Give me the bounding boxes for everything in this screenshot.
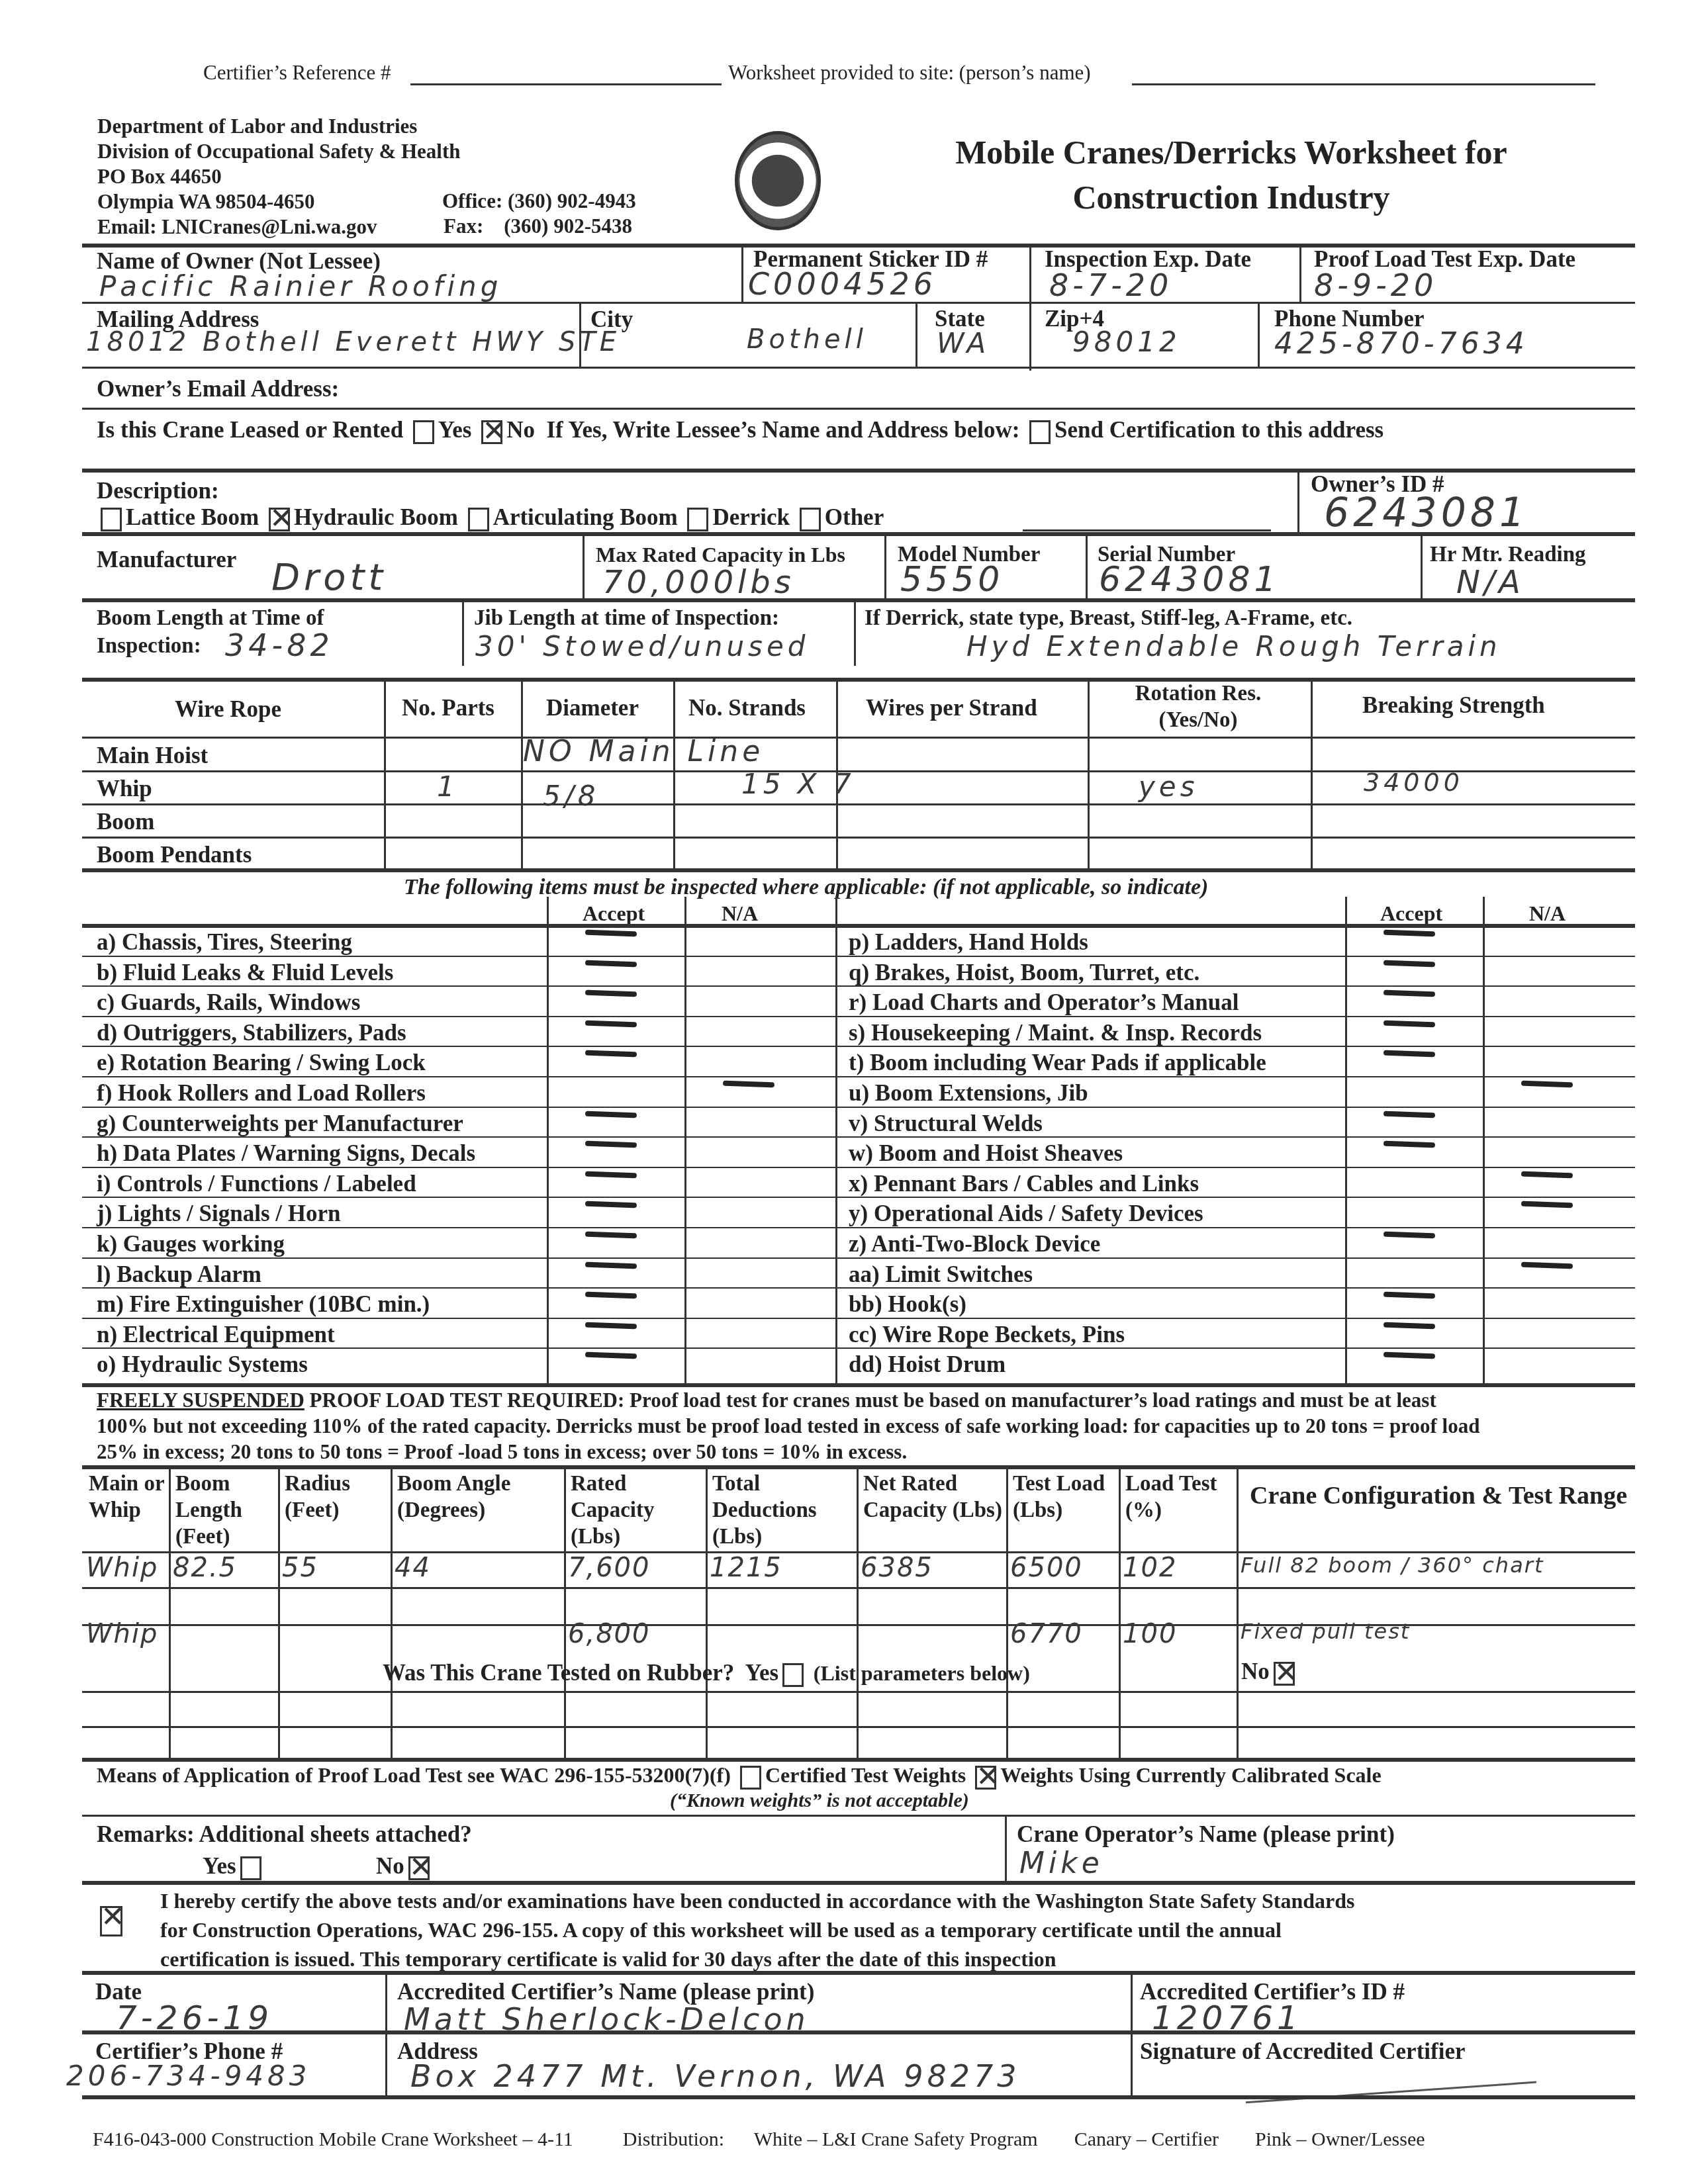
inspection-item-label: x) Pennant Bars / Cables and Links [849,1171,1199,1197]
boom-length-value[interactable]: 34-82 [225,627,334,663]
rubber-question: Was This Crane Tested on Rubber? [383,1660,734,1686]
rubber-yes-label: Yes [745,1660,779,1686]
certify-line-2: for Construction Operations, WAC 296-155… [160,1915,1354,1944]
proof-load-cell-deductions[interactable]: 1215 [710,1553,782,1583]
whip-diameter[interactable]: 5/8 [543,780,600,812]
inspection-item-label: bb) Hook(s) [849,1291,966,1318]
inspection-item-label: v) Structural Welds [849,1111,1043,1137]
na-header-left: N/A [722,901,758,926]
inspection-na-cell[interactable] [1484,957,1617,986]
certify-checkbox[interactable] [100,1906,122,1936]
inspection-accept-cell[interactable] [1346,1077,1479,1107]
other-description-field[interactable] [1023,529,1271,531]
accept-header-left: Accept [583,901,645,926]
rubber-no: No [1241,1659,1299,1686]
derrick-checkbox[interactable] [687,508,708,531]
inspection-item-label: w) Boom and Hoist Sheaves [849,1140,1123,1167]
lease-yes-label: Yes [438,417,472,443]
no-strands-header: No. Strands [688,695,806,721]
proof-load-cell-radius[interactable]: 55 [282,1553,318,1583]
articulating-boom-label: Articulating Boom [493,504,678,530]
inspection-item-label: r) Load Charts and Operator’s Manual [849,989,1239,1016]
lease-no-checkbox[interactable] [481,420,502,444]
proof-load-cell-rated[interactable]: 7,600 [568,1553,651,1583]
owner-name-value[interactable]: Pacific Rainier Roofing [99,270,502,302]
certification-statement: I hereby certify the above tests and/or … [160,1886,1354,1974]
inspection-na-cell[interactable] [686,1108,818,1137]
derrick-label: Derrick [712,504,790,530]
calibrated-scale-label: Weights Using Currently Calibrated Scale [1000,1763,1381,1787]
proof-load-cell-config[interactable]: Full 82 boom / 360° chart [1241,1553,1544,1578]
manufacturer-label: Manufacturer [97,547,236,573]
proof-load-text-3: 25% in excess; 20 tons to 50 tons = Proo… [97,1440,907,1463]
rubber-yes-checkbox[interactable] [782,1663,804,1687]
inspection-item-label: c) Guards, Rails, Windows [97,989,360,1016]
proof-load-exp-value[interactable]: 8-9-20 [1314,267,1437,303]
inspection-item-label: cc) Wire Rope Beckets, Pins [849,1322,1125,1348]
certifier-phone-value[interactable]: 206-734-9483 [66,2060,311,2092]
diameter-header: Diameter [546,695,639,721]
certify-line-1: I hereby certify the above tests and/or … [160,1886,1354,1915]
inspection-item-label: g) Counterweights per Manufacturer [97,1111,463,1137]
inspection-item-label: d) Outriggers, Stabilizers, Pads [97,1020,406,1046]
proof-load-cell-test-load[interactable]: 6770 [1010,1619,1083,1649]
boom-length-label-2: Inspection: [97,634,201,659]
proof-load-requirement: FREELY SUSPENDED PROOF LOAD TEST REQUIRE… [97,1387,1639,1465]
page-title: Mobile Cranes/Derricks Worksheet for Con… [861,130,1602,220]
proof-load-text-2: 100% but not exceeding 110% of the rated… [97,1414,1479,1437]
owners-id-value[interactable]: 6243081 [1324,490,1528,536]
inspection-item-label: e) Rotation Bearing / Swing Lock [97,1050,426,1076]
max-capacity-value[interactable]: 70,000lbs [602,564,795,601]
wires-per-strand-header: Wires per Strand [866,695,1037,721]
proof-load-text-1: Proof load test for cranes must be based… [624,1388,1436,1412]
inspection-na-cell[interactable] [686,1289,818,1318]
description-options: Lattice Boom Hydraulic Boom Articulating… [97,504,884,531]
lease-row: Is this Crane Leased or Rented Yes No If… [97,417,1383,444]
breaking-strength-header: Breaking Strength [1362,692,1545,719]
whip-rotation[interactable]: yes [1139,770,1199,803]
inspection-na-cell[interactable] [1484,1319,1617,1348]
lattice-boom-label: Lattice Boom [126,504,259,530]
owner-email-field[interactable] [397,376,1589,402]
sticker-id-value[interactable]: C0004526 [748,266,937,302]
inspection-na-cell[interactable] [1484,1138,1617,1167]
agency-office-phone: Office: (360) 902-4943 [442,189,636,213]
inspection-accept-cell[interactable] [1346,1198,1479,1227]
accept-header-right: Accept [1380,901,1442,926]
footer-white-copy: White – L&I Crane Safety Program [754,2128,1038,2150]
known-weights-note: (“Known weights” is not acceptable) [670,1790,969,1812]
jib-length-label: Jib Length at time of Inspection: [474,606,779,631]
other-checkbox[interactable] [800,508,821,531]
boom-pendants-label: Boom Pendants [97,842,252,868]
articulating-boom-checkbox[interactable] [468,508,489,531]
inspection-item-label: o) Hydraulic Systems [97,1351,308,1378]
signature-label: Signature of Accredited Certifier [1140,2038,1466,2065]
no-parts-header: No. Parts [402,695,494,721]
inspection-item-label: dd) Hoist Drum [849,1351,1006,1378]
inspection-item-label: l) Backup Alarm [97,1261,261,1288]
main-hoist-label: Main Hoist [97,743,208,769]
other-label: Other [825,504,884,530]
na-header-right: N/A [1529,901,1566,926]
proof-load-cell-config[interactable]: Fixed pull test [1241,1619,1410,1644]
rubber-no-checkbox[interactable] [1274,1662,1295,1686]
inspection-na-cell[interactable] [686,1198,818,1227]
remarks-yes-label: Yes [203,1853,236,1879]
proof-load-cell-main-whip[interactable]: Whip [86,1619,158,1649]
lease-instruction: If Yes, Write Lessee’s Name and Address … [546,417,1019,443]
mailing-address-value[interactable]: 18012 Bothell Everett HWY STE [86,327,620,357]
rotation-res-header: Rotation Res. (Yes/No) [1099,680,1297,733]
proof-load-cell-rated[interactable]: 6,800 [568,1619,651,1649]
remarks-yes-checkbox[interactable] [240,1856,261,1880]
inspection-item-label: u) Boom Extensions, Jib [849,1080,1088,1107]
certifier-reference-field[interactable] [410,83,722,85]
inspection-na-cell[interactable] [1484,987,1617,1016]
proof-load-heading: FREELY SUSPENDED [97,1388,305,1412]
proof-load-header: Radius (Feet) [285,1471,389,1524]
phone-number-value[interactable]: 425-870-7634 [1274,327,1528,361]
inspection-item-label: q) Brakes, Hoist, Boom, Turret, etc. [849,960,1199,986]
derrick-type-value[interactable]: Hyd Extendable Rough Terrain [966,630,1501,662]
inspection-na-cell[interactable] [1484,1289,1617,1318]
main-hoist-diameter[interactable]: NO Main Line [523,735,764,768]
manufacturer-value[interactable]: Drott [271,556,387,599]
boom-label: Boom [97,809,155,835]
inspection-item-label: h) Data Plates / Warning Signs, Decals [97,1140,475,1167]
lease-no-label: No [506,417,535,443]
city-label: City [590,306,633,333]
whip-parts[interactable]: 1 [437,770,459,803]
send-certification-checkbox[interactable] [1029,420,1051,444]
owner-email-label: Owner’s Email Address: [97,376,339,402]
lease-yes-checkbox[interactable] [413,420,434,444]
proof-load-heading-2: PROOF LOAD TEST REQUIRED: [305,1388,624,1412]
means-label: Means of Application of Proof Load Test … [97,1763,731,1787]
inspection-item-label: f) Hook Rollers and Load Rollers [97,1080,426,1107]
remarks-no-checkbox[interactable] [408,1856,430,1880]
remarks-no-label: No [376,1853,404,1879]
inspection-item-label: k) Gauges working [97,1231,285,1257]
send-certification-label: Send Certification to this address [1055,417,1383,443]
inspection-na-cell[interactable] [686,1228,818,1257]
certifier-address-value[interactable]: Box 2477 Mt. Vernon, WA 98273 [410,2058,1021,2094]
remarks-options: Yes No [203,1853,434,1880]
proof-load-header: Main or Whip [89,1471,167,1524]
proof-load-cell-pct[interactable]: 102 [1123,1553,1177,1583]
inspection-na-cell[interactable] [1484,1108,1617,1137]
agency-po-box: PO Box 44650 [97,164,461,189]
footer-form-number: F416-043-000 Construction Mobile Crane W… [93,2128,573,2150]
title-line-2: Construction Industry [861,175,1602,220]
proof-load-cell-test-load[interactable]: 6500 [1010,1553,1083,1583]
agency-division: Division of Occupational Safety & Health [97,139,461,164]
whip-strands[interactable]: 15 X 7 [741,768,855,800]
worksheet-provided-field[interactable] [1132,83,1595,85]
agency-address: Department of Labor and Industries Divis… [97,114,461,240]
washington-state-seal-icon [735,131,821,230]
proof-load-header: Boom Length (Feet) [175,1471,277,1550]
agency-city: Olympia WA 98504-4650 [97,189,461,214]
operator-name-value[interactable]: Mike [1019,1846,1103,1880]
jib-length-value[interactable]: 30' Stowed/unused [475,630,809,662]
inspection-accept-cell[interactable] [1346,1259,1479,1288]
inspection-na-cell[interactable] [686,1319,818,1348]
rubber-row: Was This Crane Tested on Rubber? Yes (Li… [383,1660,1030,1687]
inspection-item-label: a) Chassis, Tires, Steering [97,929,352,956]
proof-load-cell-angle[interactable]: 44 [395,1553,431,1583]
inspection-item-label: b) Fluid Leaks & Fluid Levels [97,960,393,986]
model-number-value[interactable]: 5550 [900,560,1004,600]
inspection-item-label: m) Fire Extinguisher (10BC min.) [97,1291,430,1318]
inspection-item-label: y) Operational Aids / Safety Devices [849,1201,1203,1227]
inspection-item-label: z) Anti-Two-Block Device [849,1231,1100,1257]
inspection-na-cell[interactable] [1484,927,1617,956]
hr-meter-value[interactable]: N/A [1456,564,1524,601]
inspection-na-cell[interactable] [686,987,818,1016]
inspection-item-label: i) Controls / Functions / Labeled [97,1171,416,1197]
wire-rope-header: Wire Rope [175,696,281,723]
footer-pink-copy: Pink – Owner/Lessee [1255,2128,1425,2150]
inspection-na-cell[interactable] [1484,1047,1617,1076]
inspection-na-cell[interactable] [686,957,818,986]
lattice-boom-checkbox[interactable] [101,508,122,531]
means-row: Means of Application of Proof Load Test … [97,1763,1382,1790]
certified-test-weights-checkbox[interactable] [740,1766,761,1790]
certify-line-3: certification is issued. This temporary … [160,1944,1354,1974]
proof-load-cell-boom-length[interactable]: 82.5 [173,1553,237,1583]
operator-name-label: Crane Operator’s Name (please print) [1017,1821,1395,1848]
inspection-accept-cell[interactable] [548,1077,680,1107]
proof-load-header: Boom Angle (Degrees) [397,1471,563,1524]
state-value[interactable]: WA [937,327,990,359]
lease-question: Is this Crane Leased or Rented [97,417,403,443]
proof-load-header: Net Rated Capacity (Lbs) [863,1471,1005,1524]
proof-load-header: Load Test (%) [1125,1471,1235,1524]
inspection-na-cell[interactable] [686,1138,818,1167]
proof-load-header: Test Load (Lbs) [1013,1471,1117,1524]
inspection-item-label: n) Electrical Equipment [97,1322,335,1348]
zip-value[interactable]: 98012 [1072,326,1181,358]
whip-breaking[interactable]: 34000 [1364,768,1464,797]
certifier-reference-label: Certifier’s Reference # [203,61,391,85]
footer-canary-copy: Canary – Certifier [1074,2128,1219,2150]
hydraulic-boom-checkbox[interactable] [269,508,290,531]
rubber-list-note: (List parameters below) [814,1661,1030,1685]
agency-email: Email: LNICranes@Lni.wa.gov [97,214,461,240]
proof-load-header: Total Deductions (Lbs) [712,1471,855,1550]
inspection-item-label: p) Ladders, Hand Holds [849,929,1088,956]
rubber-no-label: No [1241,1659,1270,1684]
inspection-na-cell[interactable] [686,1017,818,1046]
calibrated-scale-checkbox[interactable] [975,1766,996,1790]
agency-name: Department of Labor and Industries [97,114,461,139]
proof-load-header: Rated Capacity (Lbs) [571,1471,704,1550]
hydraulic-boom-label: Hydraulic Boom [294,504,458,530]
inspection-na-cell[interactable] [686,927,818,956]
footer: F416-043-000 Construction Mobile Crane W… [93,2128,1425,2151]
certify-checkbox-wrap [96,1906,126,1936]
description-label: Description: [97,478,219,504]
serial-number-value[interactable]: 6243081 [1099,560,1280,600]
remarks-label: Remarks: Additional sheets attached? [97,1821,472,1848]
inspection-exp-value[interactable]: 8-7-20 [1049,267,1172,303]
worksheet-provided-label: Worksheet provided to site: (person’s na… [728,61,1091,85]
inspection-item-label: s) Housekeeping / Maint. & Insp. Records [849,1020,1262,1046]
derrick-type-label: If Derrick, state type, Breast, Stiff-le… [865,606,1352,631]
certified-test-weights-label: Certified Test Weights [765,1763,966,1787]
proof-load-cell-pct[interactable]: 100 [1123,1619,1177,1649]
agency-fax: Fax: (360) 902-5438 [444,214,632,238]
city-value[interactable]: Bothell [747,324,867,355]
whip-label: Whip [97,776,152,802]
proof-load-cell-main-whip[interactable]: Whip [86,1553,158,1583]
footer-distribution-label: Distribution: [623,2128,724,2150]
inspection-na-cell[interactable] [1484,1349,1617,1378]
inspection-na-cell[interactable] [1484,1017,1617,1046]
inspection-na-cell[interactable] [686,1168,818,1197]
inspection-item-label: t) Boom including Wear Pads if applicabl… [849,1050,1266,1076]
inspection-na-cell[interactable] [686,1047,818,1076]
proof-load-header: Crane Configuration & Test Range [1243,1471,1634,1512]
proof-load-cell-net[interactable]: 6385 [861,1553,933,1583]
inspection-na-cell[interactable] [1484,1228,1617,1257]
inspection-instruction: The following items must be inspected wh… [404,875,1208,900]
inspection-na-cell[interactable] [686,1259,818,1288]
inspection-na-cell[interactable] [686,1349,818,1378]
title-line-1: Mobile Cranes/Derricks Worksheet for [861,130,1602,175]
inspection-accept-cell[interactable] [1346,1168,1479,1197]
inspection-item-label: j) Lights / Signals / Horn [97,1201,341,1227]
inspection-item-label: aa) Limit Switches [849,1261,1033,1288]
